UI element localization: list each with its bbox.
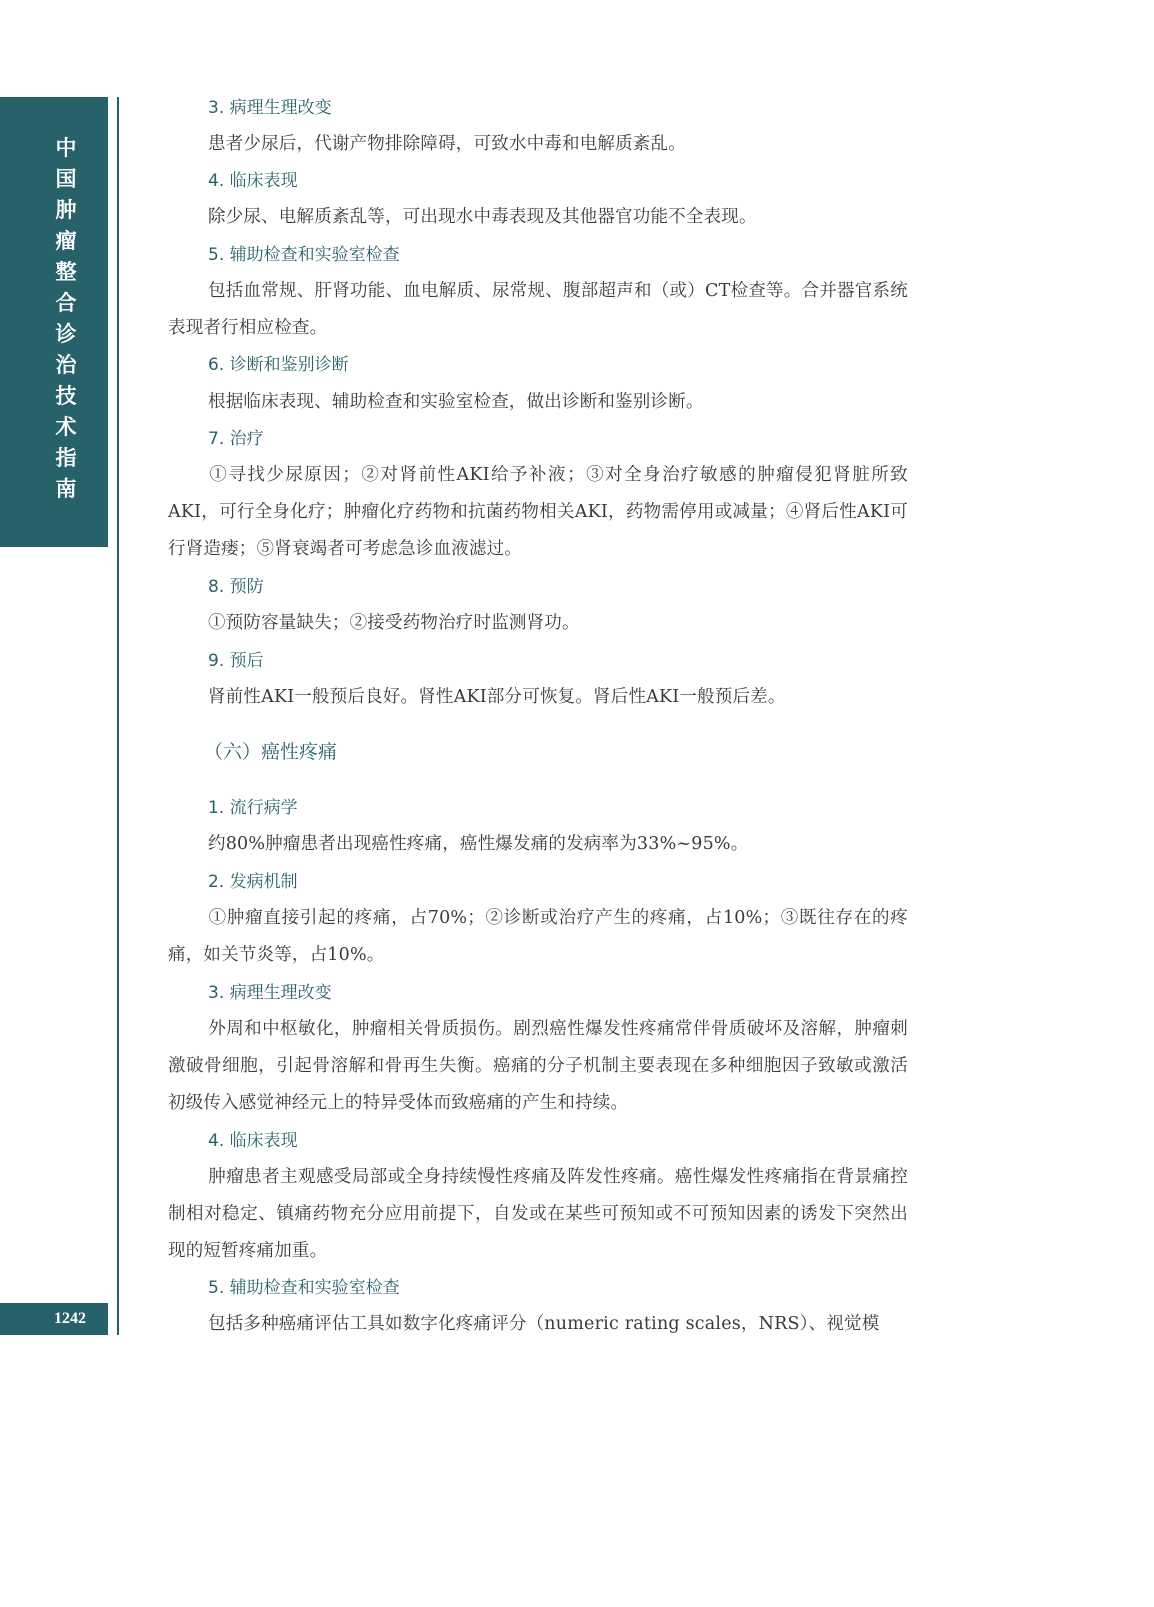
- subsection-heading: 7. 治疗: [208, 428, 264, 450]
- subsection-heading: 3. 病理生理改变: [208, 97, 332, 119]
- subsection-heading: 6. 诊断和鉴别诊断: [208, 354, 349, 376]
- paragraph: ①寻找少尿原因；②对肾前性AKI给予补液；③对全身治疗敏感的肿瘤侵犯肾脏所致AK…: [168, 457, 908, 568]
- paragraph-text: 约80%肿瘤患者出现癌性疼痛，癌性爆发痛的发病率为33%~95%。: [208, 834, 748, 854]
- paragraph: 包括血常规、肝肾功能、血电解质、尿常规、腹部超声和（或）CT检查等。合并器官系统…: [168, 273, 908, 347]
- paragraph-text: 除少尿、电解质紊乱等，可出现水中毒表现及其他器官功能不全表现。: [208, 207, 757, 227]
- subsection-heading: 2. 发病机制: [208, 871, 298, 893]
- paragraph: ①预防容量缺失；②接受药物治疗时监测肾功。: [168, 605, 908, 642]
- book-title-char: 肿: [56, 195, 77, 226]
- book-title-char: 国: [56, 164, 77, 195]
- paragraph: 包括多种癌痛评估工具如数字化疼痛评分（numeric rating scales…: [168, 1306, 908, 1343]
- book-title-char: 瘤: [56, 226, 77, 257]
- book-title-char: 技: [56, 381, 77, 412]
- paragraph-text: 患者少尿后，代谢产物排除障碍，可致水中毒和电解质紊乱。: [208, 134, 686, 154]
- margin-rule: [117, 97, 119, 1335]
- subsection-heading: 4. 临床表现: [208, 1130, 298, 1152]
- paragraph-text: 肿瘤患者主观感受局部或全身持续慢性疼痛及阵发性疼痛。癌性爆发性疼痛指在背景痛控制…: [168, 1167, 908, 1261]
- paragraph: 根据临床表现、辅助检查和实验室检查，做出诊断和鉴别诊断。: [168, 384, 908, 421]
- paragraph-text: ①寻找少尿原因；②对肾前性AKI给予补液；③对全身治疗敏感的肿瘤侵犯肾脏所致AK…: [168, 465, 908, 559]
- subsection-heading: 1. 流行病学: [208, 797, 298, 819]
- paragraph-text: 肾前性AKI一般预后良好。肾性AKI部分可恢复。肾后性AKI一般预后差。: [208, 687, 786, 707]
- page-number: 1242: [0, 1303, 108, 1335]
- book-title-char: 整: [56, 257, 77, 288]
- book-title-vertical: 中国肿瘤整合诊治技术指南: [50, 133, 82, 505]
- subsection-heading: 8. 预防: [208, 576, 264, 598]
- subsection-heading: 4. 临床表现: [208, 170, 298, 192]
- paragraph: 肾前性AKI一般预后良好。肾性AKI部分可恢复。肾后性AKI一般预后差。: [168, 679, 908, 716]
- subsection-heading: 9. 预后: [208, 650, 264, 672]
- book-title-char: 南: [56, 474, 77, 505]
- book-title-char: 术: [56, 412, 77, 443]
- book-title-char: 诊: [56, 319, 77, 350]
- paragraph-text: 包括血常规、肝肾功能、血电解质、尿常规、腹部超声和（或）CT检查等。合并器官系统…: [168, 281, 908, 338]
- paragraph: 肿瘤患者主观感受局部或全身持续慢性疼痛及阵发性疼痛。癌性爆发性疼痛指在背景痛控制…: [168, 1159, 908, 1270]
- section-heading: （六）癌性疼痛: [204, 741, 337, 763]
- book-title-char: 合: [56, 288, 77, 319]
- subsection-heading: 5. 辅助检查和实验室检查: [208, 244, 400, 266]
- paragraph: 除少尿、电解质紊乱等，可出现水中毒表现及其他器官功能不全表现。: [168, 199, 908, 236]
- paragraph-text: ①肿瘤直接引起的疼痛，占70%；②诊断或治疗产生的疼痛，占10%；③既往存在的疼…: [168, 908, 908, 965]
- book-title-char: 治: [56, 350, 77, 381]
- paragraph-text: 外周和中枢敏化，肿瘤相关骨质损伤。剧烈癌性爆发性疼痛常伴骨质破坏及溶解，肿瘤刺激…: [168, 1019, 908, 1113]
- subsection-heading: 3. 病理生理改变: [208, 982, 332, 1004]
- paragraph: 约80%肿瘤患者出现癌性疼痛，癌性爆发痛的发病率为33%~95%。: [168, 826, 908, 863]
- paragraph-text: 根据临床表现、辅助检查和实验室检查，做出诊断和鉴别诊断。: [208, 392, 704, 412]
- paragraph: 外周和中枢敏化，肿瘤相关骨质损伤。剧烈癌性爆发性疼痛常伴骨质破坏及溶解，肿瘤刺激…: [168, 1011, 908, 1122]
- paragraph-text: ①预防容量缺失；②接受药物治疗时监测肾功。: [208, 613, 580, 633]
- subsection-heading: 5. 辅助检查和实验室检查: [208, 1277, 400, 1299]
- paragraph-text: 包括多种癌痛评估工具如数字化疼痛评分（numeric rating scales…: [208, 1314, 879, 1334]
- paragraph: ①肿瘤直接引起的疼痛，占70%；②诊断或治疗产生的疼痛，占10%；③既往存在的疼…: [168, 900, 908, 974]
- paragraph: 患者少尿后，代谢产物排除障碍，可致水中毒和电解质紊乱。: [168, 126, 908, 163]
- book-title-char: 中: [56, 133, 77, 164]
- book-title-char: 指: [56, 443, 77, 474]
